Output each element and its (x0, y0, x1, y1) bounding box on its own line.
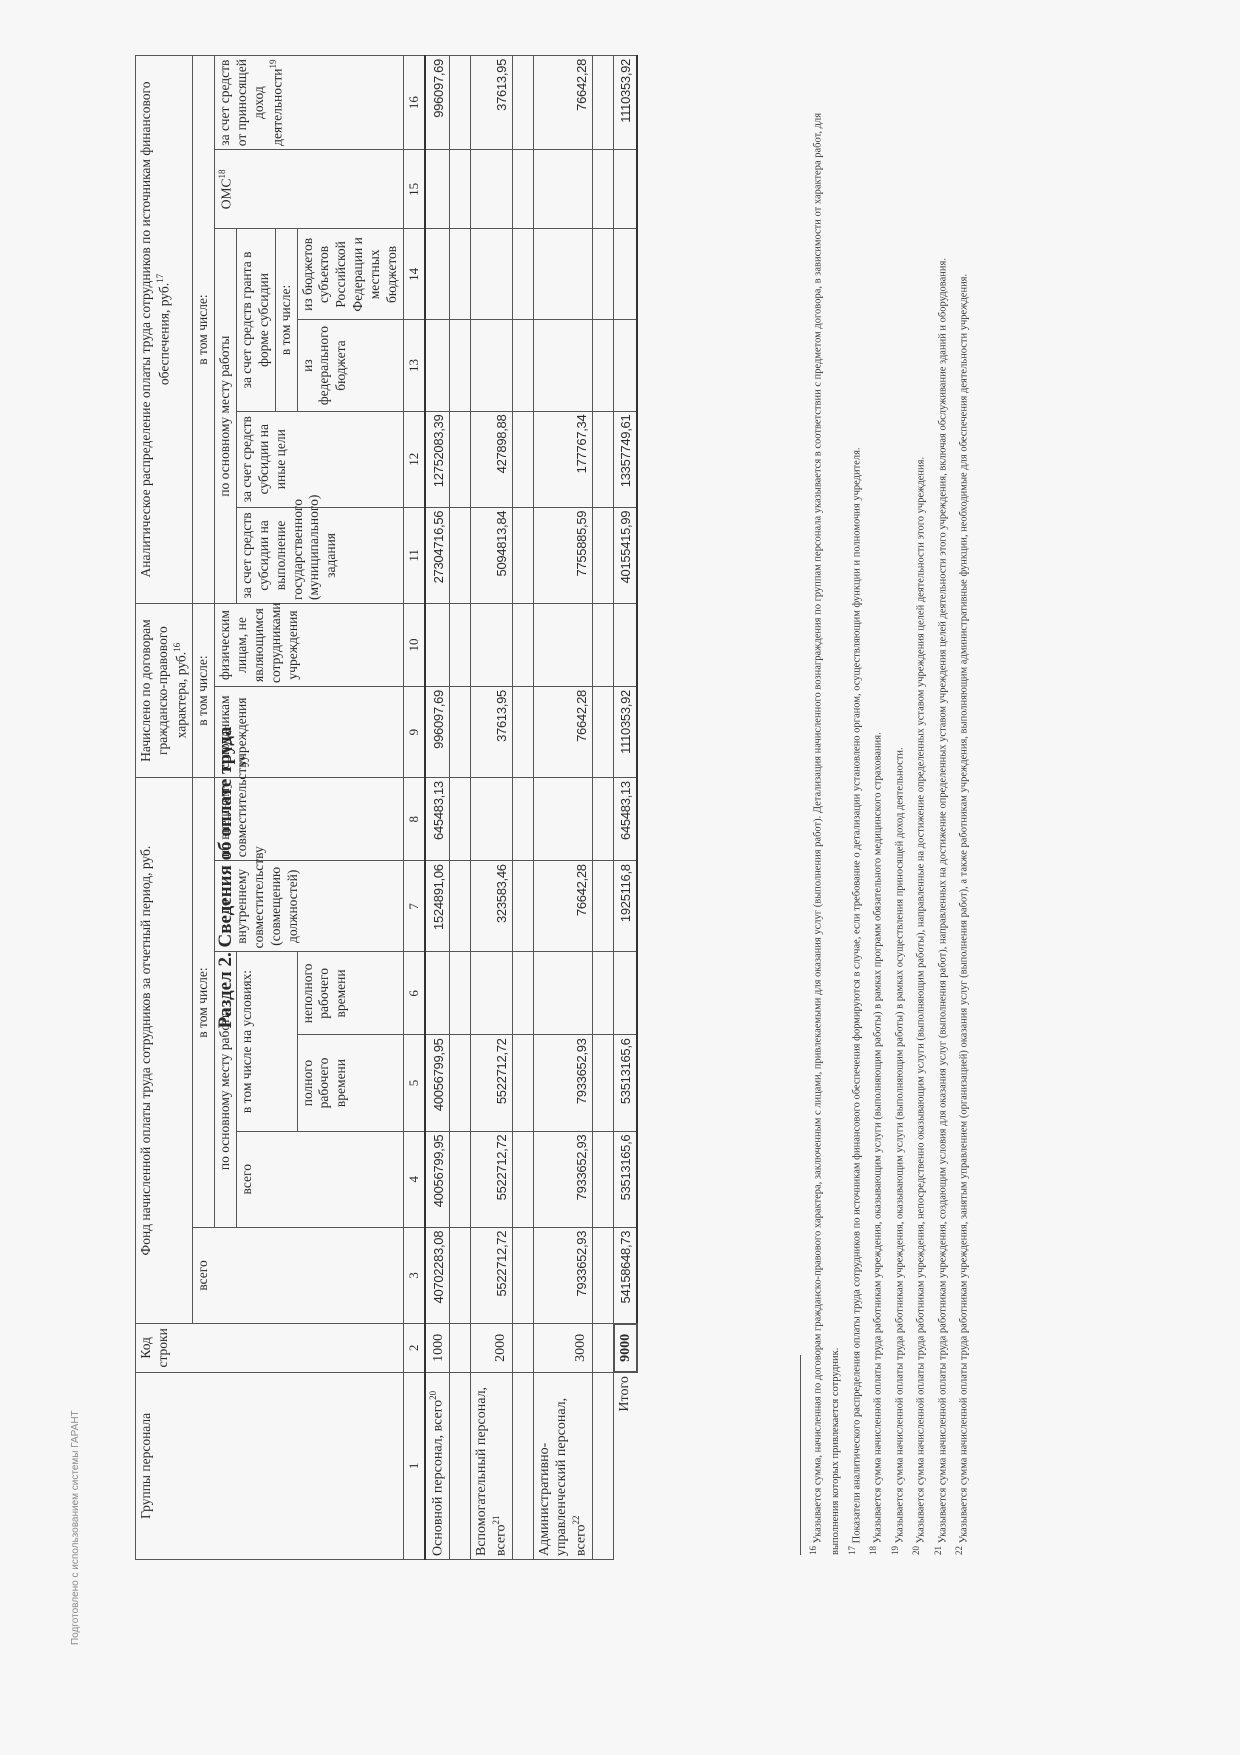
empty-cell (592, 1035, 614, 1131)
total-value (614, 229, 638, 320)
footnote: 19 Указывается сумма начисленной оплаты … (887, 75, 909, 1555)
empty-cell (592, 411, 614, 507)
footnote: 18 Указывается сумма начисленной оплаты … (865, 75, 887, 1555)
table-body: 12345678910111213141516Основной персонал… (403, 56, 637, 1560)
empty-cell (592, 56, 614, 150)
total-value: 13357749,61 (614, 411, 638, 507)
empty-cell (592, 604, 614, 687)
header-external: по внешнему совместительству (215, 778, 404, 861)
empty-cell (450, 1324, 471, 1373)
row-value: 40056799,95 (425, 1035, 450, 1131)
row-value (471, 778, 513, 861)
row-value (425, 604, 450, 687)
column-index: 12 (403, 411, 425, 507)
row-value (533, 604, 592, 687)
total-label: Итого (614, 1372, 638, 1559)
header-code: Код строки (136, 1324, 404, 1373)
header-main-cond: в том числе на условиях: (236, 952, 297, 1131)
row-value: 323583,46 (471, 861, 513, 952)
total-value: 40155415,99 (614, 507, 638, 603)
empty-cell (512, 150, 533, 229)
header-fund-incl: в том числе: (193, 778, 215, 1228)
row-value: 7933652,93 (533, 1227, 592, 1323)
empty-cell (512, 1324, 533, 1373)
total-value: 1110353,92 (614, 56, 638, 150)
row-value: 996097,69 (425, 687, 450, 778)
column-index: 5 (403, 1035, 425, 1131)
empty-cell (592, 687, 614, 778)
spacer-row (512, 56, 533, 1560)
header-main-place: по основному месту работы (215, 952, 237, 1227)
empty-cell (592, 507, 614, 603)
empty-cell (450, 507, 471, 603)
column-index: 15 (403, 150, 425, 229)
header-groups: Группы персонала (136, 1372, 404, 1559)
empty-cell (592, 229, 614, 320)
margin-note: Подготовлено с использованием системы ГА… (70, 1410, 81, 1645)
header-subsidy-other: за счет средств субсидии на иные цели (236, 411, 403, 507)
row-value: 177767,34 (533, 411, 592, 507)
header-grant-regional: из бюджетов субъектов Российской Федерац… (297, 229, 403, 320)
row-value: 7933652,93 (533, 1035, 592, 1131)
empty-cell (592, 1372, 614, 1559)
total-value: 53513165,6 (614, 1035, 638, 1131)
empty-cell (512, 229, 533, 320)
spacer-row (592, 56, 614, 1560)
empty-cell (450, 1372, 471, 1559)
row-value: 427898,88 (471, 411, 513, 507)
total-row: Итого900054158648,7353513165,653513165,6… (614, 56, 638, 1560)
empty-cell (512, 507, 533, 603)
empty-cell (450, 952, 471, 1035)
total-value (614, 150, 638, 229)
row-value: 40056799,95 (425, 1131, 450, 1227)
empty-cell (450, 1131, 471, 1227)
row-value: 37613,95 (471, 687, 513, 778)
total-value: 645483,13 (614, 778, 638, 861)
row-value: 645483,13 (425, 778, 450, 861)
empty-cell (592, 952, 614, 1035)
empty-cell (592, 1131, 614, 1227)
footnote: 22 Указывается сумма начисленной оплаты … (951, 75, 973, 1555)
header-grant: за счет средств гранта в форме субсидиив… (236, 229, 297, 411)
row-value (471, 320, 513, 411)
column-index: 8 (403, 778, 425, 861)
empty-cell (512, 778, 533, 861)
table-row: Административно-управленческий персонал,… (533, 56, 592, 1560)
total-value (614, 320, 638, 411)
header-gph: Начислено по договорам гражданско-правов… (136, 604, 193, 778)
empty-cell (450, 56, 471, 150)
footnote: 17 Показатели аналитического распределен… (844, 75, 866, 1555)
row-value: 1524891,06 (425, 861, 450, 952)
row-value: 27304716,56 (425, 507, 450, 603)
header-gph-individuals: физическим лицам, не являющимся сотрудни… (215, 604, 404, 687)
empty-cell (592, 1227, 614, 1323)
footnote-rule (800, 1355, 801, 1555)
row-value (471, 604, 513, 687)
row-value: 76642,28 (533, 861, 592, 952)
column-index: 9 (403, 687, 425, 778)
header-grant-federal: из федерального бюджета (297, 320, 403, 411)
column-index: 11 (403, 507, 425, 603)
header-full-time: полного рабочего времени (297, 1035, 403, 1131)
empty-cell (512, 1227, 533, 1323)
footnotes: 16 Указывается сумма, начисленная по дог… (800, 75, 973, 1555)
header-main-total: всего (236, 1131, 403, 1227)
empty-cell (512, 1035, 533, 1131)
empty-cell (592, 1324, 614, 1373)
header-oms: ОМС18 (215, 150, 404, 229)
footnote: 16 Указывается сумма, начисленная по дог… (805, 75, 844, 1555)
row-value (533, 229, 592, 320)
empty-cell (592, 320, 614, 411)
header-an-incl: в том числе: (193, 56, 215, 604)
header-part-time: неполного рабочего времени (297, 952, 403, 1035)
row-value: 7755885,59 (533, 507, 592, 603)
column-index: 13 (403, 320, 425, 411)
column-index: 7 (403, 861, 425, 952)
empty-cell (512, 1131, 533, 1227)
empty-cell (512, 56, 533, 150)
row-value: 76642,28 (533, 687, 592, 778)
empty-cell (450, 687, 471, 778)
empty-cell (450, 411, 471, 507)
column-index-row: 12345678910111213141516 (403, 56, 425, 1560)
column-index: 4 (403, 1131, 425, 1227)
header-income: за счет средств от приносящей доход деят… (215, 56, 404, 150)
empty-cell (450, 320, 471, 411)
empty-cell (512, 604, 533, 687)
row-label: Основной персонал, всего20 (425, 1372, 450, 1559)
total-value: 53513165,6 (614, 1131, 638, 1227)
column-index: 3 (403, 1227, 425, 1323)
empty-cell (512, 952, 533, 1035)
row-value (471, 952, 513, 1035)
row-value (533, 150, 592, 229)
row-code: 2000 (471, 1324, 513, 1373)
footnote: 20 Указывается сумма начисленной оплаты … (908, 75, 930, 1555)
empty-cell (592, 861, 614, 952)
row-value: 5522712,72 (471, 1035, 513, 1131)
column-index: 14 (403, 229, 425, 320)
empty-cell (512, 861, 533, 952)
empty-cell (512, 411, 533, 507)
header-fund-total: всего (193, 1227, 404, 1323)
empty-cell (450, 778, 471, 861)
empty-cell (450, 150, 471, 229)
empty-cell (592, 150, 614, 229)
total-value (614, 952, 638, 1035)
empty-cell (450, 229, 471, 320)
empty-cell (512, 1372, 533, 1559)
total-value: 1110353,92 (614, 687, 638, 778)
column-index: 6 (403, 952, 425, 1035)
empty-cell (450, 604, 471, 687)
row-value (425, 150, 450, 229)
row-label: Вспомогательный персонал, всего21 (471, 1372, 513, 1559)
row-value (425, 229, 450, 320)
header-subsidy-task: за счет средств субсидии на выполнение г… (236, 507, 403, 603)
column-index: 2 (403, 1324, 425, 1373)
row-value (471, 229, 513, 320)
row-value: 40702283,08 (425, 1227, 450, 1323)
total-value: 54158648,73 (614, 1227, 638, 1323)
row-value: 996097,69 (425, 56, 450, 150)
row-value: 7933652,93 (533, 1131, 592, 1227)
header-gph-staff: сотрудникам учреждения (215, 687, 404, 778)
header-fund: Фонд начисленной оплаты труда сотруднико… (136, 778, 193, 1324)
empty-cell (592, 778, 614, 861)
row-value: 5094813,84 (471, 507, 513, 603)
empty-cell (512, 320, 533, 411)
row-value: 12752083,39 (425, 411, 450, 507)
row-value (533, 320, 592, 411)
empty-cell (450, 1035, 471, 1131)
row-value (533, 778, 592, 861)
row-value (533, 952, 592, 1035)
footnote: 21 Указывается сумма начисленной оплаты … (930, 75, 952, 1555)
spacer-row (450, 56, 471, 1560)
header-analytic: Аналитическое распределение оплаты труда… (136, 56, 193, 604)
row-value: 5522712,72 (471, 1227, 513, 1323)
empty-cell (512, 687, 533, 778)
row-value: 76642,28 (533, 56, 592, 150)
row-value (471, 150, 513, 229)
row-value (425, 320, 450, 411)
total-value (614, 604, 638, 687)
row-code: 1000 (425, 1324, 450, 1373)
header-gph-incl: в том числе: (193, 604, 215, 778)
row-value (425, 952, 450, 1035)
row-value: 37613,95 (471, 56, 513, 150)
total-code: 9000 (614, 1324, 638, 1373)
payroll-table: Группы персонала Код строки Фонд начисле… (135, 55, 638, 1560)
column-index: 10 (403, 604, 425, 687)
row-code: 3000 (533, 1324, 592, 1373)
row-label: Административно-управленческий персонал,… (533, 1372, 592, 1559)
table-row: Основной персонал, всего20100040702283,0… (425, 56, 450, 1560)
total-value: 1925116,8 (614, 861, 638, 952)
row-value: 5522712,72 (471, 1131, 513, 1227)
column-index: 16 (403, 56, 425, 150)
header-internal: по внутреннему совместительству (совмеще… (215, 861, 404, 952)
table-row: Вспомогательный персонал, всего212000552… (471, 56, 513, 1560)
document-page: Подготовлено с использованием системы ГА… (0, 0, 1240, 1755)
empty-cell (450, 1227, 471, 1323)
empty-cell (450, 861, 471, 952)
header-an-main-place: по основному месту работы (215, 229, 237, 604)
column-index: 1 (403, 1372, 425, 1559)
